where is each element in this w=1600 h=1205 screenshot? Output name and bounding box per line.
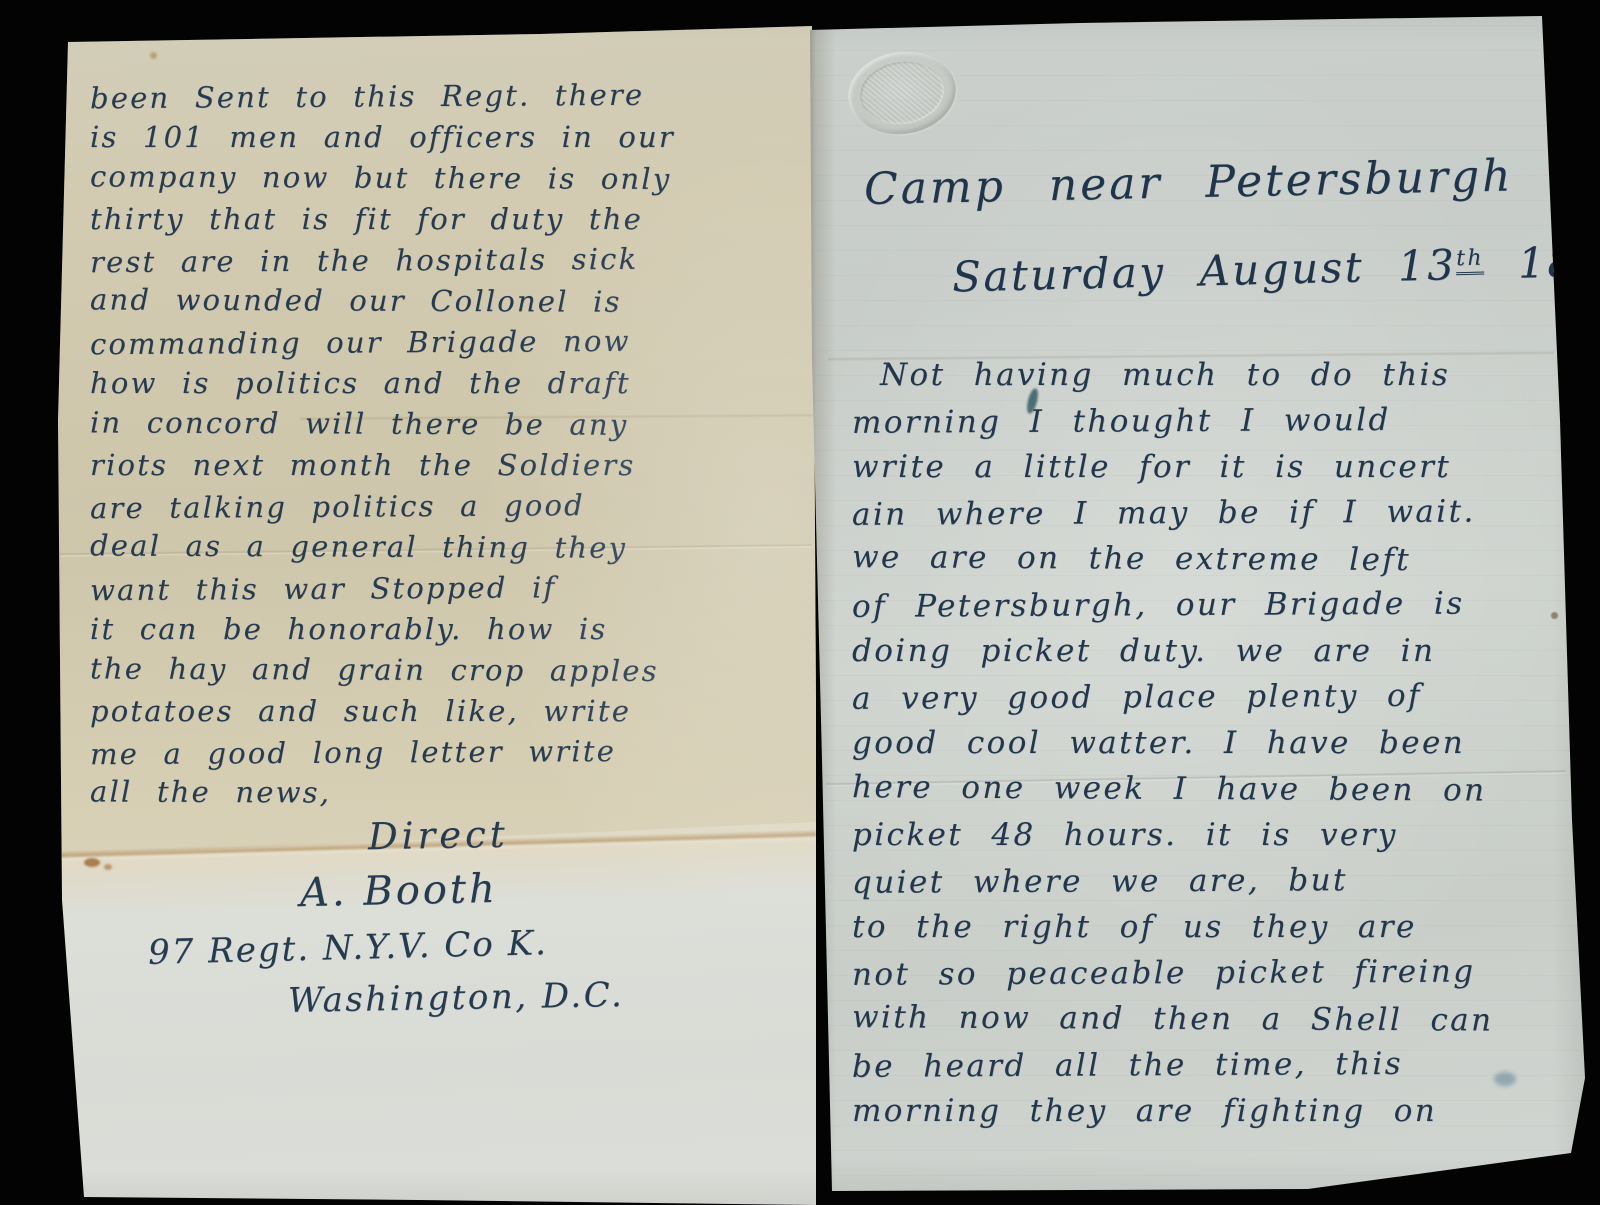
left-page-body: been Sent to this Regt. thereis 101 men … [90, 76, 810, 814]
handwritten-line: it can be honorably. how is [90, 609, 810, 650]
handwritten-line: and wounded our Collonel is [90, 279, 810, 323]
heading-date: Saturday August 13th 1864. [952, 235, 1600, 301]
fold-crease [300, 413, 815, 421]
handwritten-line: we are on the extreme left [852, 534, 1552, 584]
handwritten-line: to the right of us they are [852, 904, 1552, 950]
ink-blot [1025, 387, 1040, 414]
handwritten-line: ain where I may be if I wait. [852, 488, 1552, 538]
fold-crease [58, 829, 816, 862]
handwritten-line: commanding our Brigade now [90, 320, 810, 365]
rust-stain [84, 858, 100, 867]
signature-name: A. Booth [300, 866, 499, 916]
handwritten-line: doing picket duty. we are in [852, 628, 1552, 674]
paper-spot [1551, 612, 1558, 619]
handwritten-line: want this war Stopped if [90, 566, 810, 611]
handwritten-line: write a little for it is uncert [852, 444, 1552, 490]
handwritten-line: a very good place plenty of [852, 672, 1552, 722]
handwritten-line: been Sent to this Regt. there [90, 74, 810, 119]
handwritten-line: not so peaceable picket fireing [852, 948, 1552, 998]
handwritten-line: are talking politics a good [90, 484, 810, 529]
handwritten-line: rest are in the hospitals sick [90, 238, 810, 283]
handwritten-line: with now and then a Shell can [852, 994, 1552, 1044]
heading-location: Camp near Petersburgh Va. [864, 148, 1600, 215]
handwritten-line: good cool watter. I have been [852, 720, 1552, 766]
handwritten-line: quiet where we are, but [852, 856, 1552, 906]
handwritten-line: deal as a general thing they [90, 525, 810, 569]
handwritten-line: morning I thought I would [852, 396, 1552, 446]
closing-direct: Direct [368, 813, 509, 858]
handwritten-line: company now but there is only [90, 156, 810, 200]
heading-date-year: 1864. [1484, 235, 1600, 288]
fold-crease [828, 351, 1554, 361]
fold-crease [60, 543, 812, 557]
ink-smudge [1494, 1072, 1516, 1086]
handwritten-line: be heard all the time, this [852, 1040, 1552, 1090]
fold-crease [826, 770, 1566, 788]
letter-scan: been Sent to this Regt. thereis 101 men … [0, 0, 1600, 1205]
handwritten-line: picket 48 hours. it is very [852, 812, 1552, 858]
date-ordinal-superscript: th [1456, 246, 1485, 276]
handwritten-line: Not having much to do this [852, 352, 1552, 398]
embossed-seal-icon [843, 45, 961, 141]
handwritten-line: morning they are fighting on [852, 1088, 1552, 1134]
handwritten-line: me a good long letter write [90, 730, 810, 775]
handwritten-line: potatoes and such like, write [90, 691, 810, 732]
handwritten-line: all the news, [90, 771, 810, 815]
rust-stain [150, 52, 157, 59]
handwritten-line: in concord will there be any [90, 402, 810, 446]
signature-regiment: 97 Regt. N.Y.V. Co K. [148, 923, 549, 973]
handwritten-line: here one week I have been on [852, 764, 1552, 814]
rust-stain [104, 864, 112, 870]
signature-city: Washington, D.C. [288, 975, 625, 1021]
heading-date-text: Saturday August 13 [952, 240, 1457, 301]
right-page-body: Not having much to do thismorning I thou… [852, 352, 1552, 1134]
handwritten-line: the hay and grain crop apples [90, 648, 810, 692]
handwritten-line: riots next month the Soldiers [90, 445, 810, 486]
handwritten-line: how is politics and the draft [90, 363, 810, 404]
handwritten-line: of Petersburgh, our Brigade is [852, 580, 1552, 630]
handwritten-line: is 101 men and officers in our [90, 117, 810, 158]
handwritten-line: thirty that is fit for duty the [90, 199, 810, 240]
